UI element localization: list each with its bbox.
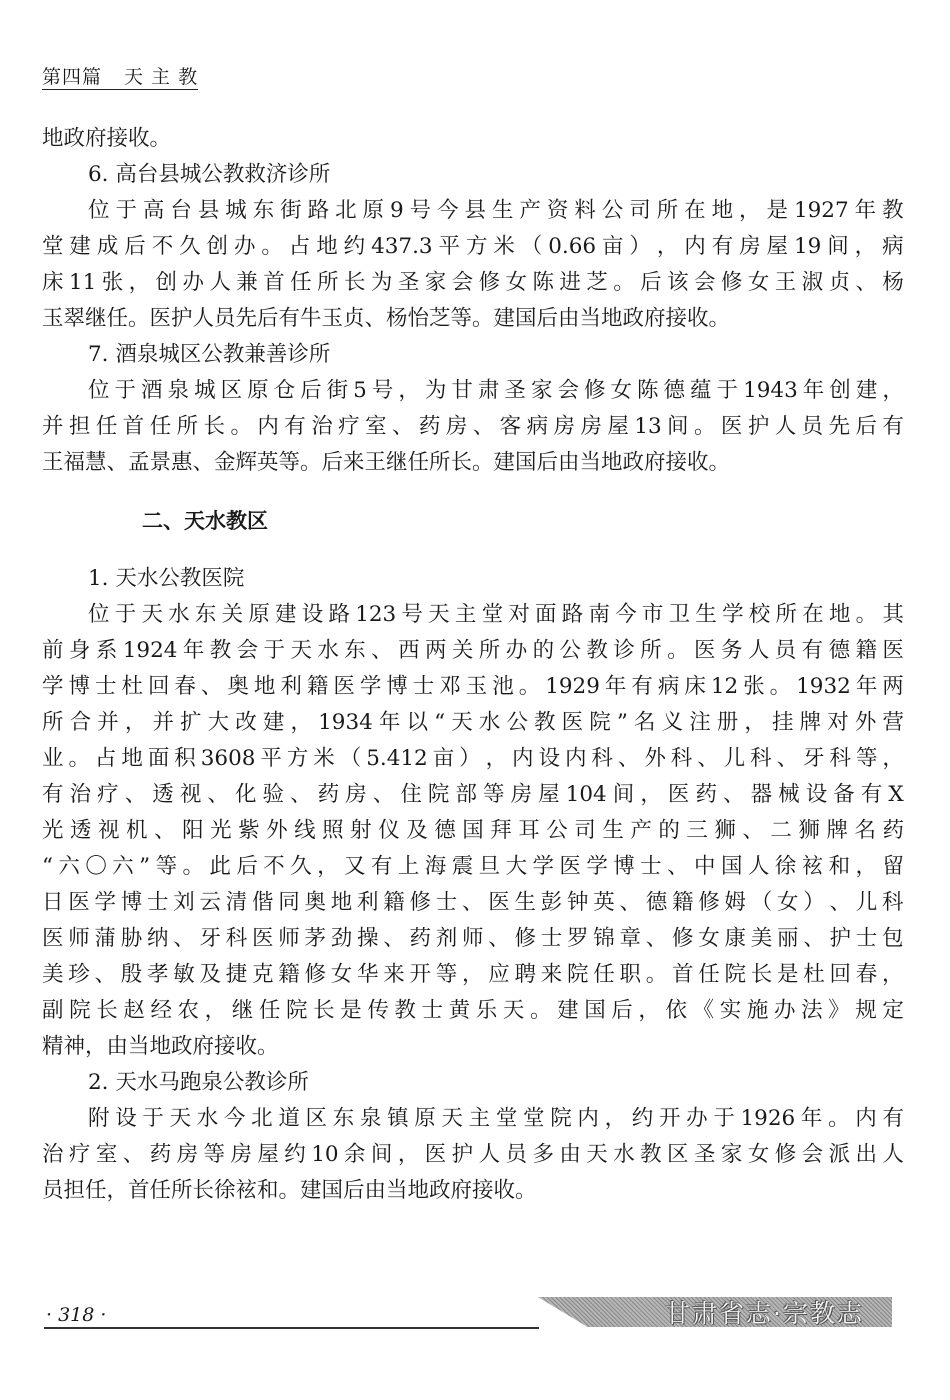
text-line: 医师蒲胁纳、牙科医师茅劲操、药剂师、修士罗锦章、修女康美丽、护士包: [42, 921, 904, 957]
book-title: 甘肃省志·宗教志: [665, 1294, 864, 1330]
text-line: 治疗室、药房等房屋约10余间，医护人员多由天水教区圣家女修会派出人: [42, 1137, 904, 1173]
section-heading: 二、天水教区: [42, 503, 904, 539]
footer-rule: [44, 1327, 539, 1329]
text-line: 附设于天水今北道区东泉镇原天主堂堂院内，约开办于1926年。内有: [42, 1101, 904, 1137]
page-number: · 318 ·: [46, 1304, 106, 1326]
part-label: 第四篇: [42, 66, 102, 88]
text-line: 光透视机、阳光紫外线照射仪及德国拜耳公司生产的三狮、二狮牌名药: [42, 813, 904, 849]
part-title: 天 主 教: [124, 66, 198, 88]
text-line: 并担任首任所长。内有治疗室、药房、客病房房屋13间。医护人员先后有: [42, 409, 904, 445]
page-body: 地政府接收。6. 高台县城公教救济诊所位于高台县城东街路北原9号今县生产资料公司…: [42, 121, 904, 1209]
text-line: 位于高台县城东街路北原9号今县生产资料公司所在地，是1927年教: [42, 193, 904, 229]
text-line: 所合并，并扩大改建，1934年以“天水公教医院”名义注册，挂牌对外营: [42, 705, 904, 741]
text-line: 有治疗、透视、化验、药房、住院部等房屋104间，医药、器械设备有X: [42, 777, 904, 813]
text-line: “六〇六”等。此后不久，又有上海震旦大学医学博士、中国人徐袨和，留: [42, 849, 904, 885]
text-line: 1. 天水公教医院: [42, 561, 904, 597]
text-line: 精神，由当地政府接收。: [42, 1029, 904, 1065]
running-head: 第四篇天 主 教: [42, 66, 198, 90]
text-line: 业。占地面积3608平方米（5.412亩），内设内科、外科、儿科、牙科等，: [42, 741, 904, 777]
text-line: 学博士杜回春、奥地利籍医学博士邓玉池。1929年有病床12张。1932年两: [42, 669, 904, 705]
text-line: 前身系1924年教会于天水东、西两关所办的公教诊所。医务人员有德籍医: [42, 633, 904, 669]
book-title-banner: 甘肃省志·宗教志: [538, 1297, 892, 1327]
text-line: 堂建成后不久创办。占地约437.3平方米（0.66亩），内有房屋19间，病: [42, 229, 904, 265]
text-line: 美珍、殷孝敏及捷克籍修女华来开等，应聘来院任职。首任院长是杜回春，: [42, 957, 904, 993]
text-line: 位于天水东关原建设路123号天主堂对面路南今市卫生学校所在地。其: [42, 597, 904, 633]
text-line: 玉翠继任。医护人员先后有牛玉贞、杨怡芝等。建国后由当地政府接收。: [42, 301, 904, 337]
text-line: 床11张，创办人兼首任所长为圣家会修女陈进芝。后该会修女王淑贞、杨: [42, 265, 904, 301]
text-line: 员担任，首任所长徐袨和。建国后由当地政府接收。: [42, 1173, 904, 1209]
text-line: 6. 高台县城公教救济诊所: [42, 157, 904, 193]
text-line: 2. 天水马跑泉公教诊所: [42, 1065, 904, 1101]
text-line: 位于酒泉城区原仓后街5号，为甘肃圣家会修女陈德蕴于1943年创建，: [42, 373, 904, 409]
text-line: 7. 酒泉城区公教兼善诊所: [42, 337, 904, 373]
text-line: 副院长赵经农，继任院长是传教士黄乐天。建国后，依《实施办法》规定: [42, 993, 904, 1029]
text-line: 地政府接收。: [42, 121, 904, 157]
text-line: 王福慧、孟景惠、金辉英等。后来王继任所长。建国后由当地政府接收。: [42, 445, 904, 481]
body-block-1: 地政府接收。6. 高台县城公教救济诊所位于高台县城东街路北原9号今县生产资料公司…: [42, 121, 904, 481]
body-block-2: 1. 天水公教医院位于天水东关原建设路123号天主堂对面路南今市卫生学校所在地。…: [42, 561, 904, 1209]
text-line: 日医学博士刘云清偕同奥地利籍修士、医生彭钟英、德籍修姆（女）、儿科: [42, 885, 904, 921]
